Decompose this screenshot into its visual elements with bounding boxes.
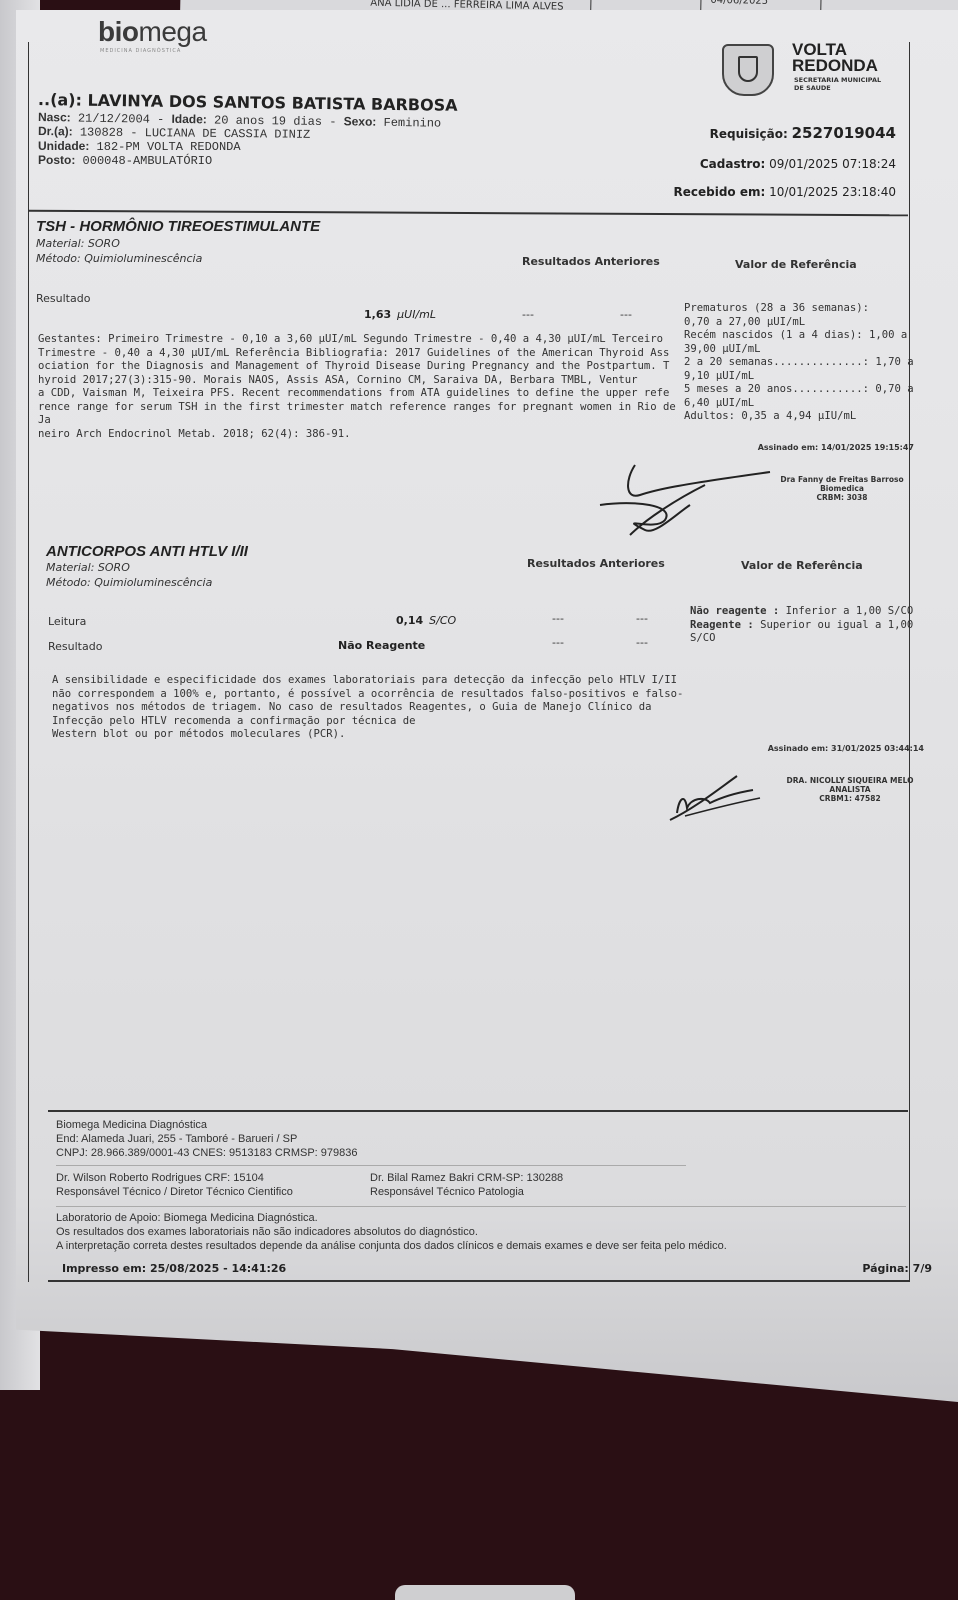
municipal-logo-line2: REDONDA: [792, 58, 878, 74]
tsh-material: Material: SORO: [36, 237, 120, 250]
tsh-notes: Gestantes: Primeiro Trimestre - 0,10 a 3…: [38, 333, 678, 441]
footer-bottom-border: [48, 1280, 910, 1282]
htlv-notes: A sensibilidade e especificidade dos exa…: [52, 674, 712, 742]
cadastro: Cadastro: 09/01/2025 07:18:24: [700, 157, 896, 171]
tsh-metodo: Método: Quimioluminescência: [36, 252, 202, 265]
htlv-signed-at: Assinado em: 31/01/2025 03:44:14: [768, 744, 924, 753]
tsh-signed-at: Assinado em: 14/01/2025 19:15:47: [758, 443, 914, 452]
htlv-metodo: Método: Quimioluminescência: [46, 576, 212, 589]
underlying-sheet-date-1: 04/06/2025: [710, 0, 768, 7]
patient-posto: Posto: 000048-AMBULATÓRIO: [38, 153, 212, 168]
htlv-resultado-label: Resultado: [48, 640, 102, 653]
background-object: [395, 1585, 575, 1600]
htlv-reference-header: Valor de Referência: [741, 559, 863, 572]
exam-title-tsh: TSH - HORMÔNIO TIREOESTIMULANTE: [36, 218, 320, 235]
biomega-logo: biomega: [98, 16, 207, 48]
tsh-previous-results-header: Resultados Anteriores: [522, 255, 660, 268]
biomega-logo-tagline: MEDICINA DIAGNÓSTICA: [100, 48, 181, 54]
tsh-signer: Dra Fanny de Freitas Barroso Biomedica C…: [762, 475, 922, 502]
footer-lab-info: Biomega Medicina Diagnóstica End: Alamed…: [56, 1118, 357, 1160]
tsh-result-label: Resultado: [36, 292, 90, 305]
tsh-prev-1: ---: [522, 308, 534, 321]
htlv-reference-values: Não reagente : Inferior a 1,00 S/CO Reag…: [690, 605, 913, 646]
htlv-leitura-label: Leitura: [48, 615, 86, 628]
tsh-prev-2: ---: [620, 308, 632, 321]
htlv-material: Material: SORO: [46, 561, 130, 574]
htlv-resultado-prev-2: ---: [636, 636, 648, 649]
htlv-leitura-prev-1: ---: [552, 612, 564, 625]
tsh-signature-icon: [595, 460, 775, 540]
htlv-resultado-value: Não Reagente: [338, 639, 425, 652]
recebido-em: Recebido em: 10/01/2025 23:18:40: [674, 185, 897, 199]
htlv-previous-results-header: Resultados Anteriores: [527, 557, 665, 570]
municipal-sub2: DE SAUDE: [794, 84, 881, 92]
exam-title-htlv: ANTICORPOS ANTI HTLV I/II: [46, 543, 248, 560]
tsh-reference-header: Valor de Referência: [735, 258, 857, 271]
footer-disclaimers: Laboratorio de Apoio: Biomega Medicina D…: [56, 1211, 727, 1253]
htlv-resultado-prev-1: ---: [552, 636, 564, 649]
tsh-reference-values: Prematuros (28 a 36 semanas): 0,70 a 27,…: [684, 302, 914, 424]
footer-responsible-1: Dr. Wilson Roberto Rodrigues CRF: 15104 …: [56, 1171, 293, 1199]
htlv-signature-icon: [665, 768, 765, 828]
page-number: Página: 7/9: [862, 1262, 932, 1275]
municipal-crest-icon: [722, 44, 774, 96]
printed-at: Impresso em: 25/08/2025 - 14:41:26: [62, 1262, 286, 1275]
municipal-sub1: SECRETARIA MUNICIPAL: [794, 76, 881, 84]
patient-unidade: Unidade: 182-PM VOLTA REDONDA: [38, 139, 241, 154]
requisicao: Requisição: 2527019044: [710, 124, 896, 142]
footer-divider: [48, 1110, 908, 1112]
tsh-result-value: 1,63µUI/mL: [364, 308, 436, 321]
htlv-signer: DRA. NICOLLY SIQUEIRA MELO ANALISTA CRBM…: [770, 776, 930, 803]
htlv-leitura-value: 0,14S/CO: [396, 614, 456, 627]
footer-responsible-2: Dr. Bilal Ramez Bakri CRM-SP: 130288 Res…: [370, 1171, 563, 1199]
volta-redonda-logo: VOLTA REDONDA SECRETARIA MUNICIPAL DE SA…: [722, 42, 898, 98]
htlv-leitura-prev-2: ---: [636, 612, 648, 625]
